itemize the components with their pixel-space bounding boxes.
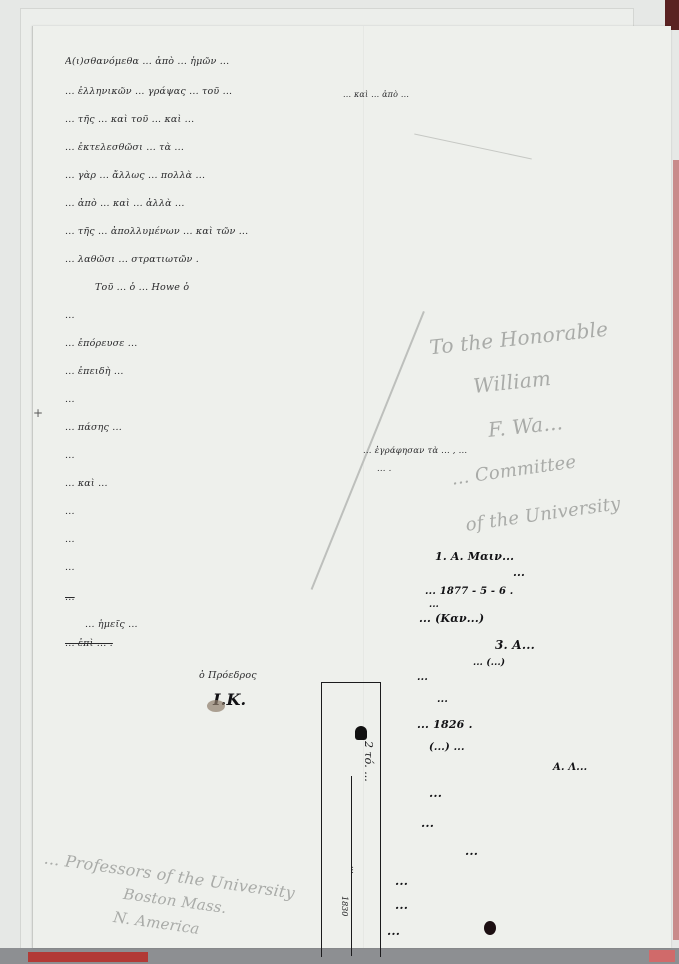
red-edge-strip [673,160,679,940]
registry-line: ... 1877 - 5 - 6 . [425,586,513,597]
registry-line: (...) ... [429,742,465,753]
signoff: ὁ Πρόεδρος [199,670,257,681]
text-line: ... γὰρ ... ἄλλως ... πολλὰ ... [65,170,365,181]
registry-line: ... [395,898,408,912]
text-line: ... [65,506,365,517]
ink-blot [484,921,496,935]
text-line: ... [65,310,365,321]
registry-line: ... (...) [473,658,505,668]
ink-mark [355,726,367,740]
registry-line: ... [395,874,408,888]
closing-line: ... ἡμεῖς ... [85,619,385,630]
text-line: ... ἐπειδὴ ... [65,366,365,377]
registry-line: 1. Α. Μαιν... [435,550,514,563]
red-edge-bottom [28,952,148,962]
text-line: ... τῆς ... ἀπολλυμένων ... καὶ τῶν ... [65,226,365,237]
pencil-address-line: William [472,366,552,398]
text-line: ... [65,562,365,573]
registry-line: ... [513,566,525,579]
interlinear-note: ... καὶ ... ἀπὸ ... [343,90,409,99]
text-line: ... πάσης ... [65,422,365,433]
text-line: ... λαθῶσι ... στρατιωτῶν . [65,254,365,265]
red-edge-bottom-right [649,950,675,962]
middle-note: ... ἐγράφησαν τὰ ... , ... [363,446,467,456]
text-line: ... [65,394,365,405]
text-line: ... τῆς ... καὶ τοῦ ... καὶ ... [65,114,365,125]
vertical-note: 2 τό. ... [362,741,375,782]
pencil-address-line: of the University [464,493,622,536]
text-line: ... ἐπόρευσε ... [65,338,365,349]
text-line: ... ἀπὸ ... καὶ ... ἀλλὰ ... [65,198,365,209]
registry-line: ... [437,694,448,705]
paper-stain [207,700,225,712]
vertical-note: ... [350,866,359,874]
text-line: ... ἐκτελεσθῶσι ... τὰ ... [65,142,365,153]
text-line: Α(ι)σθανόμεθα ... ἀπὸ ... ἡμῶν ... [65,56,365,67]
text-line-struck: ... [65,592,365,603]
text-line: ... ἐλληνικῶν ... γράψας ... τοῦ ... [65,86,365,97]
text-line: ... [65,450,365,461]
registry-line: ... [417,672,428,683]
manuscript-page: + Α(ι)σθανόμεθα ... ἀπὸ ... ἡμῶν ... ...… [32,26,671,948]
registry-line: ... (Καν...) [419,612,484,625]
text-line: ... [65,534,365,545]
text-line: Τοῦ ... ὁ ... Howe ὁ [95,282,395,293]
vertical-note-date: 1830 [340,896,349,916]
registry-line: ... [421,816,434,830]
pencil-address-line: F. Wa... [487,410,564,442]
registry-line: ... [387,924,400,938]
faint-pencil-line: N. America [112,908,201,938]
closing-line-2: ... ἐπὶ ... . [65,638,365,649]
pencil-address-line: ... Committee [450,451,577,489]
middle-note-2: ... . [377,464,392,474]
registry-line: ... [429,786,442,800]
pencil-address-line: To the Honorable [428,317,609,360]
registry-line: ... [429,600,439,610]
registry-line: Α. Λ... [553,762,587,773]
text-line: ... καὶ ... [65,478,365,489]
registry-line: 3. Α... [495,638,535,652]
registry-line: ... [465,844,478,858]
registry-line: ... 1826 . [417,718,473,731]
pencil-stroke [414,134,532,160]
margin-mark: + [33,406,43,420]
